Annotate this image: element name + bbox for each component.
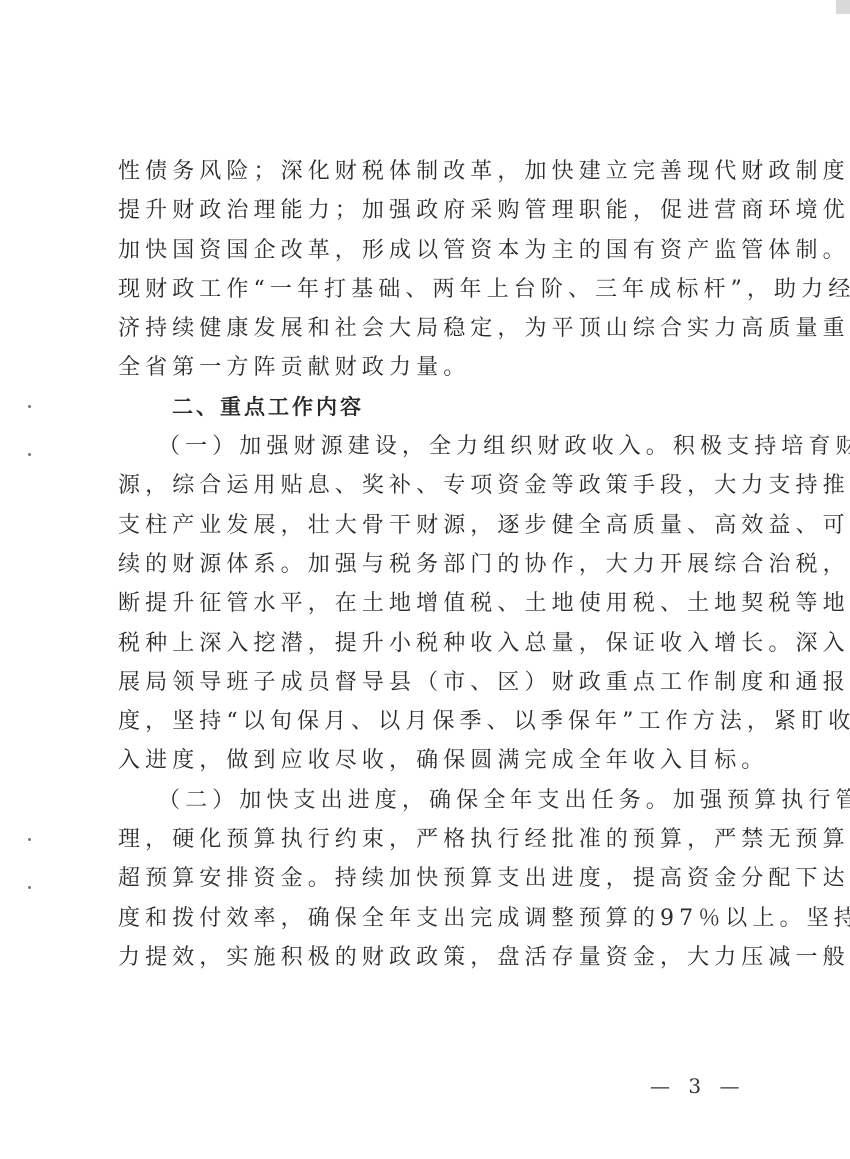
text-line: 续的财源体系。加强与税务部门的协作，大力开展综合治税，不	[118, 545, 750, 584]
text-line: 超预算安排资金。持续加快预算支出进度，提高资金分配下达速	[118, 859, 750, 898]
binding-hole-mark	[28, 886, 31, 889]
text-line: 力提效，实施积极的财政政策，盘活存量资金，大力压减一般性	[118, 938, 750, 977]
text-line: 断提升征管水平，在土地增值税、土地使用税、土地契税等地方	[118, 584, 750, 623]
section-1-paragraph: （一）加强财源建设，全力组织财政收入。积极支持培育财 源，综合运用贴息、奖补、专…	[118, 427, 750, 781]
binding-hole-mark	[28, 405, 31, 408]
binding-hole-mark	[28, 838, 31, 841]
binding-hole-mark	[28, 453, 31, 456]
text-line: 理，硬化预算执行约束，严格执行经批准的预算，严禁无预算或	[118, 820, 750, 859]
section-2-paragraph: （二）加快支出进度，确保全年支出任务。加强预算执行管 理，硬化预算执行约束，严格…	[118, 781, 750, 977]
text-line: 加快国资国企改革，形成以管资本为主的国有资产监管体制。实	[118, 231, 750, 270]
text-line: 全省第一方阵贡献财政力量。	[118, 348, 750, 387]
text-line: 度，坚持“以旬保月、以月保季、以季保年”工作方法，紧盯收	[118, 702, 750, 741]
page-number: — 3 —	[650, 1074, 745, 1098]
text-line: （二）加快支出进度，确保全年支出任务。加强预算执行管	[118, 781, 750, 820]
scan-corner-mark	[836, 0, 850, 14]
text-line: 支柱产业发展，壮大骨干财源，逐步健全高质量、高效益、可持	[118, 506, 750, 545]
text-line: 济持续健康发展和社会大局稳定，为平顶山综合实力高质量重返	[118, 309, 750, 348]
text-line: 提升财政治理能力；加强政府采购管理职能，促进营商环境优化；	[118, 191, 750, 230]
section-heading: 二、重点工作内容	[118, 388, 750, 427]
text-line: 度和拨付效率，确保全年支出完成调整预算的97％以上。坚持加	[118, 899, 750, 938]
document-body: 性债务风险；深化财税体制改革，加快建立完善现代财政制度， 提升财政治理能力；加强…	[118, 152, 750, 977]
text-line: 展局领导班子成员督导县（市、区）财政重点工作制度和通报制	[118, 663, 750, 702]
text-line: 入进度，做到应收尽收，确保圆满完成全年收入目标。	[118, 741, 750, 780]
text-line: 源，综合运用贴息、奖补、专项资金等政策手段，大力支持推动	[118, 466, 750, 505]
text-line: 现财政工作“一年打基础、两年上台阶、三年成标杆”，助力经	[118, 270, 750, 309]
intro-paragraph: 性债务风险；深化财税体制改革，加快建立完善现代财政制度， 提升财政治理能力；加强…	[118, 152, 750, 388]
text-line: （一）加强财源建设，全力组织财政收入。积极支持培育财	[118, 427, 750, 466]
text-line: 性债务风险；深化财税体制改革，加快建立完善现代财政制度，	[118, 152, 750, 191]
text-line: 税种上深入挖潜，提升小税种收入总量，保证收入增长。深入开	[118, 624, 750, 663]
